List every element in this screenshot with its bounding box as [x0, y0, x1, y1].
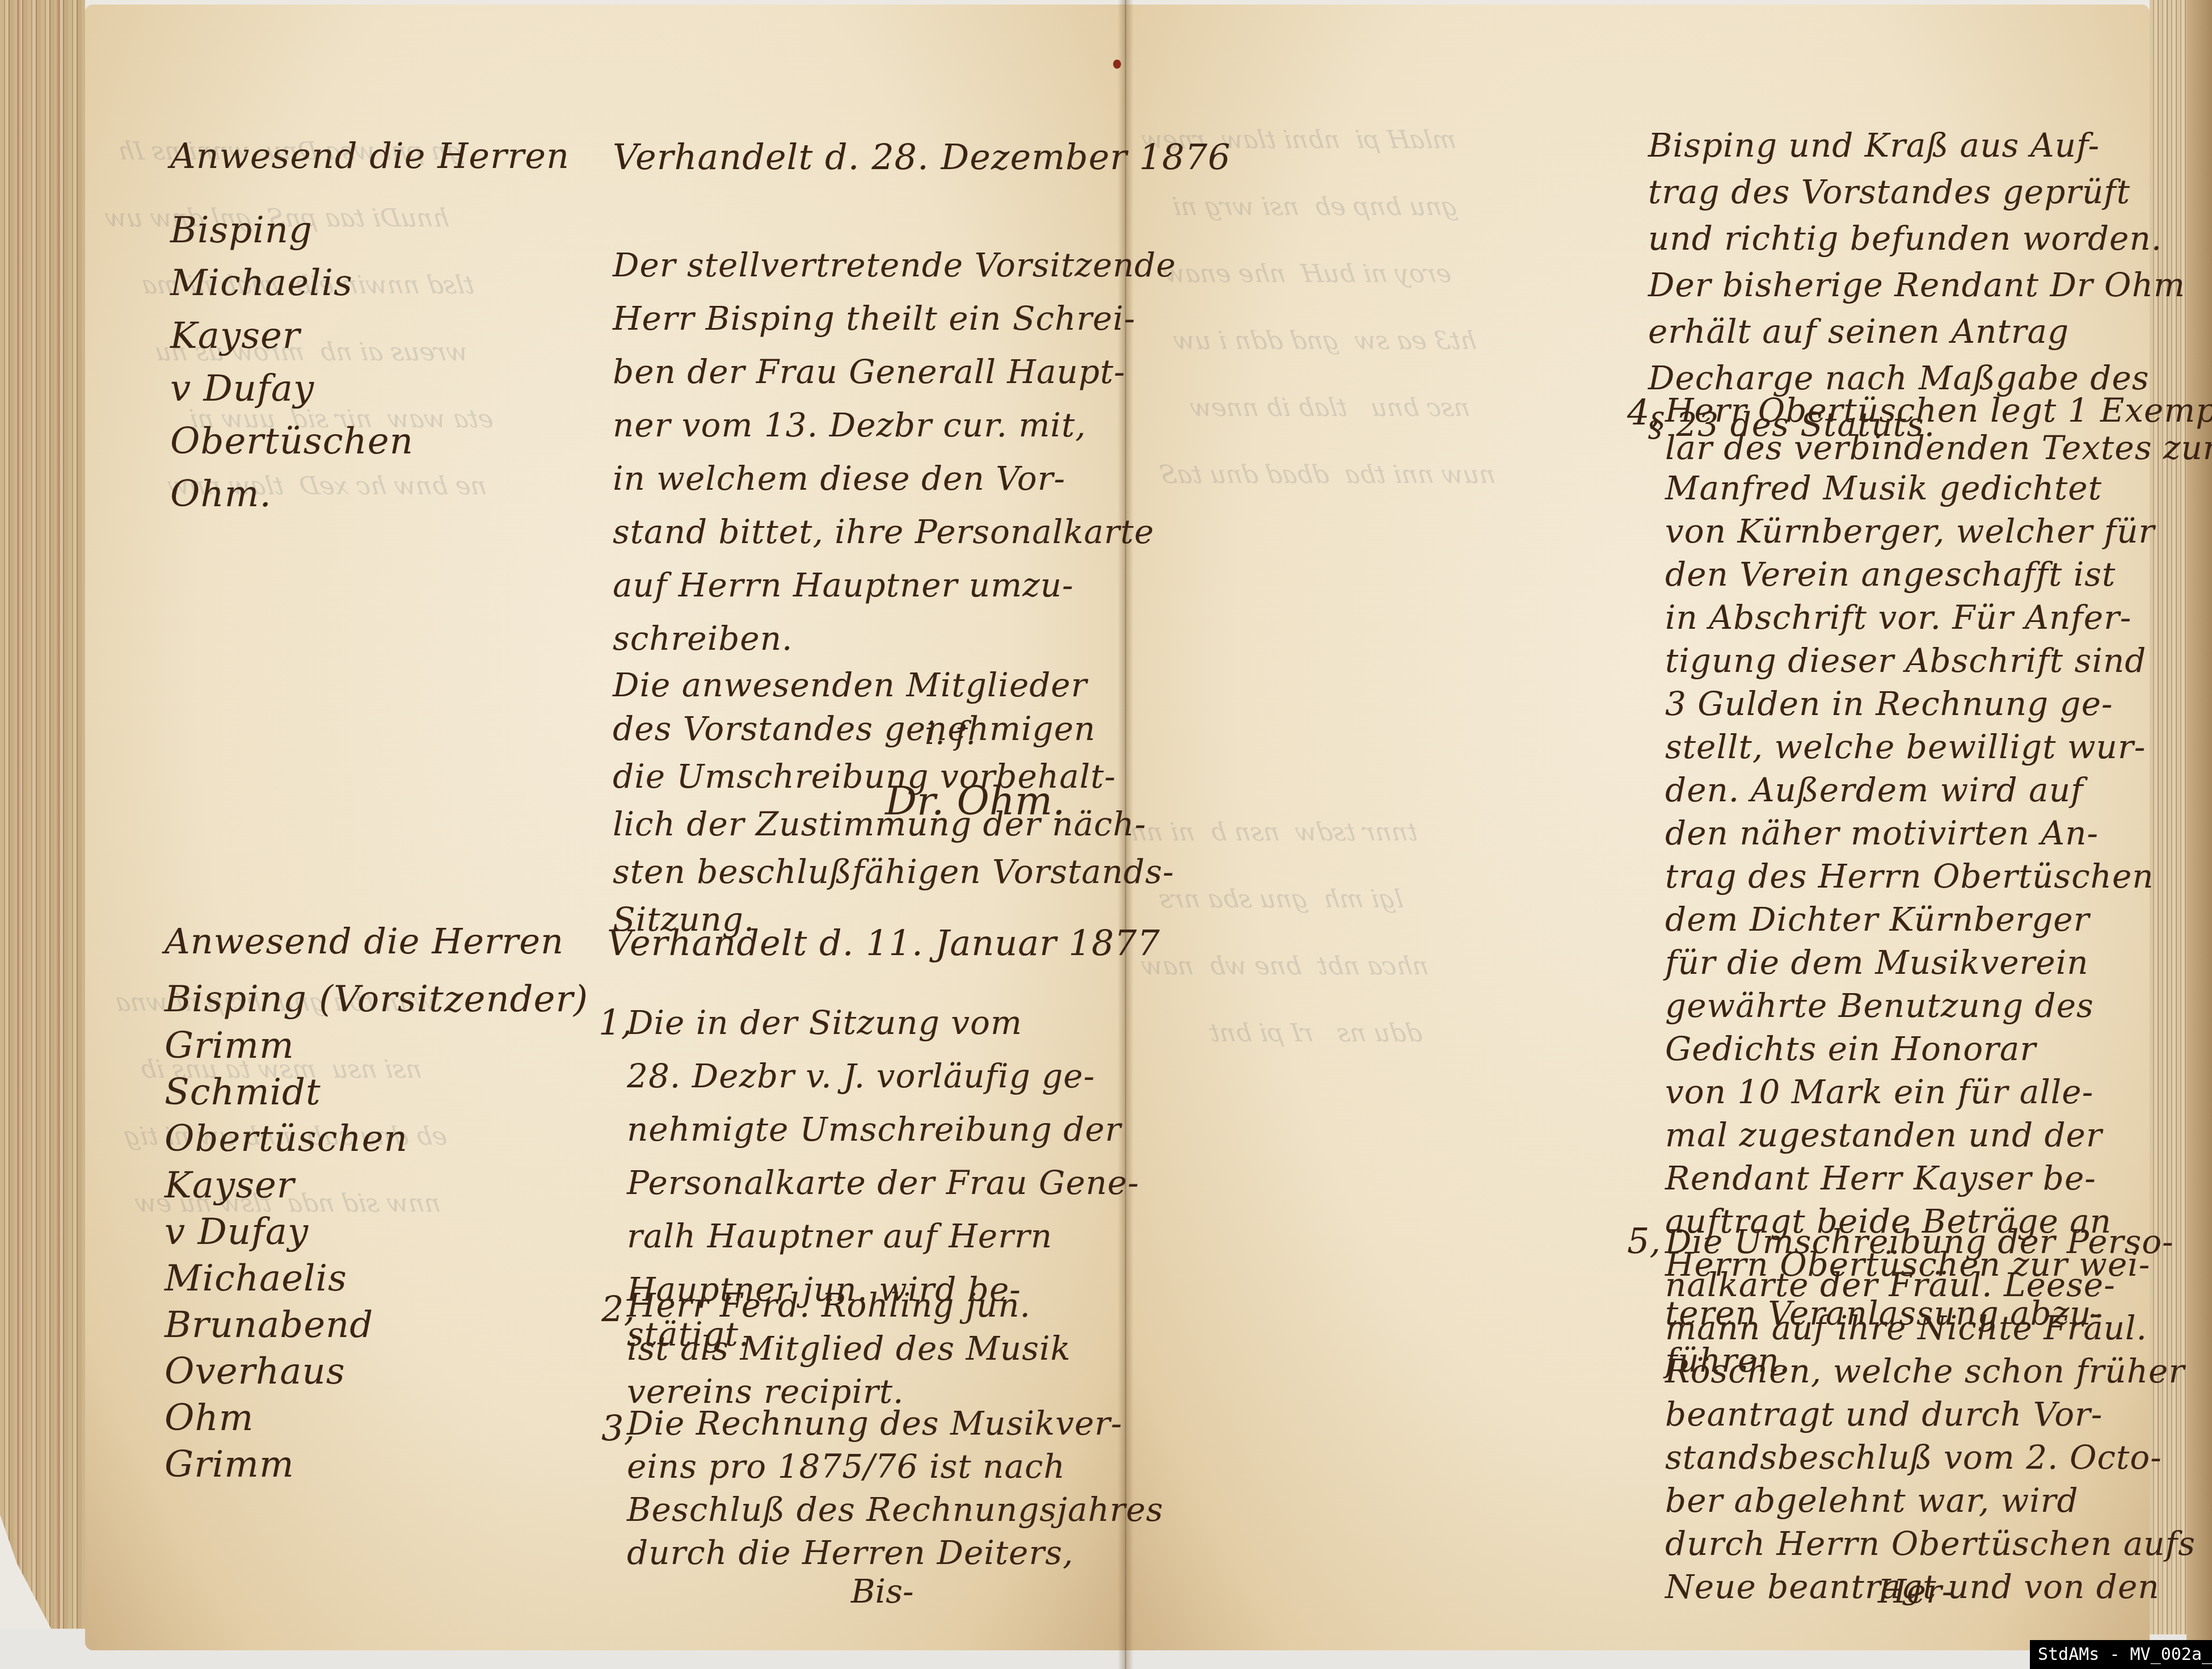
attendee-name: Kayser — [165, 1162, 588, 1209]
text-line: sten beschlußfähigen Vorstands- — [613, 848, 1176, 896]
text-line: von Kürnberger, welcher für — [1665, 510, 2212, 553]
text-line: stand bittet, ihre Personalkarte — [613, 505, 1176, 558]
item-number: 4, — [1627, 392, 1661, 433]
archive-reference-label: StdAMs - MV_002a_302 — [2030, 1640, 2212, 1669]
text-line: Personalkarte der Frau Gene- — [627, 1156, 1139, 1209]
text-line: Der bisherige Rendant Dr Ohm — [1648, 262, 2185, 308]
text-line: des Vorstandes genehmigen — [613, 705, 1176, 752]
text-line: eins pro 1875/76 ist nach — [627, 1445, 1164, 1488]
text-line: ben der Frau Generall Haupt- — [613, 345, 1176, 398]
attendance-block-2: Anwesend die Herren — [165, 915, 564, 968]
text-line: Gedichts ein Honorar — [1665, 1027, 2212, 1070]
text-line: Die Umschreibung der Perso- — [1665, 1220, 2196, 1263]
text-line: in Abschrift vor. Für Anfer- — [1665, 596, 2212, 639]
text-line: standsbeschluß vom 2. Octo- — [1665, 1436, 2196, 1479]
minutes-item-5: Die Umschreibung der Perso- nalkarte der… — [1665, 1220, 2196, 1608]
text-line: mal zugestanden und der — [1665, 1113, 2212, 1157]
attendee-name: Schmidt — [165, 1069, 588, 1116]
text-line: dem Dichter Kürnberger — [1665, 898, 2212, 941]
text-line: für die dem Musikverein — [1665, 941, 2212, 984]
text-line: Beschluß des Rechnungsjahres — [627, 1488, 1164, 1531]
text-line: in welchem diese den Vor- — [613, 452, 1176, 505]
attendance-heading: Anwesend die Herren — [165, 915, 564, 968]
text-line: 3 Gulden in Rechnung ge- — [1665, 682, 2212, 725]
text-line: trag des Vorstandes geprüft — [1648, 169, 2185, 215]
entry-heading: Verhandelt d. 28. Dezember 1876 — [613, 131, 1231, 184]
text-line: ralh Hauptner auf Herrn — [627, 1209, 1139, 1263]
text-line: erhält auf seinen Antrag — [1648, 308, 2185, 355]
text-line: Die anwesenden Mitglieder — [613, 665, 1176, 705]
text-line: lar des verbindenden Textes zur — [1665, 429, 2212, 466]
attendee-name: Bisping — [170, 204, 414, 257]
text-line: nehmigte Umschreibung der — [627, 1103, 1139, 1156]
signature: Dr. Ohm. — [885, 777, 1065, 824]
text-line: von 10 Mark ein für alle- — [1665, 1070, 2212, 1113]
text-line: nalkarte der Fräul. Leese- — [1665, 1263, 2196, 1306]
text-line: ber abgelehnt war, wird — [1665, 1479, 2196, 1522]
text-line: gewährte Benutzung des — [1665, 984, 2212, 1027]
catchword: Bis- — [851, 1572, 914, 1611]
minutes-entry-1: Verhandelt d. 28. Dezember 1876 — [613, 131, 1231, 184]
attendee-name: Bisping (Vorsitzender) — [165, 976, 588, 1023]
book-spread-scan: gn pni wsa Dnu wnni ns Ih hnuDi taa pnS … — [0, 0, 2212, 1669]
text-line: den näher motivirten An- — [1665, 812, 2212, 855]
minutes-item-2: Herr Ferd. Rohling jun. ist als Mitglied… — [627, 1284, 1071, 1413]
attendee-name: Kayser — [170, 310, 414, 363]
signature-prefix: i. f. — [925, 715, 976, 752]
text-line: ist als Mitglied des Musik — [627, 1327, 1071, 1370]
text-line: Herr Bisping theilt ein Schrei- — [613, 292, 1176, 345]
minutes-entry-2: Verhandelt d. 11. Januar 1877 — [607, 917, 1160, 970]
attendee-name: Grimm — [165, 1441, 588, 1488]
entry-heading: Verhandelt d. 11. Januar 1877 — [607, 917, 1160, 970]
attendee-name: Obertüschen — [165, 1116, 588, 1162]
text-line: Der stellvertretende Vorsitzende — [613, 238, 1176, 292]
minutes-body-1: Der stellvertretende Vorsitzende Herr Bi… — [613, 238, 1176, 943]
ink-spot — [1113, 60, 1121, 69]
text-line: beantragt und durch Vor- — [1665, 1393, 2196, 1436]
attendee-list-2: Bisping (Vorsitzender) Grimm Schmidt Obe… — [165, 976, 588, 1488]
text-line: und richtig befunden worden. — [1648, 215, 2185, 262]
item-number: 5, — [1627, 1220, 1661, 1262]
attendance-block-1: Anwesend die Herren — [170, 129, 570, 183]
text-line: Manfred Musik gedichtet — [1665, 466, 2212, 510]
text-line: trag des Herrn Obertüschen — [1665, 855, 2212, 898]
attendee-name: Michaelis — [170, 257, 414, 310]
text-line: Die in der Sitzung vom — [627, 996, 1139, 1049]
text-line: durch Herrn Obertüschen aufs — [1665, 1522, 2196, 1565]
attendee-name: Overhaus — [165, 1348, 588, 1395]
text-line: stellt, welche bewilligt wur- — [1665, 725, 2212, 768]
text-line: Bisping und Kraß aus Auf- — [1648, 122, 2185, 169]
text-line: tigung dieser Abschrift sind — [1665, 639, 2212, 682]
attendee-list-1: Bisping Michaelis Kayser v Dufay Obertüs… — [170, 204, 414, 521]
attendee-name: Brunabend — [165, 1302, 588, 1348]
attendee-name: Ohm. — [170, 468, 414, 521]
attendance-heading: Anwesend die Herren — [170, 129, 570, 183]
text-line: Herr Ferd. Rohling jun. — [627, 1284, 1071, 1327]
minutes-item-3: Die Rechnung des Musikver- eins pro 1875… — [627, 1402, 1164, 1574]
text-line: mann auf ihre Nichte Fräul. — [1665, 1306, 2196, 1350]
text-line: den. Außerdem wird auf — [1665, 768, 2212, 812]
text-line: auf Herrn Hauptner umzu- — [613, 558, 1176, 612]
text-line: Herr Obertüschen legt 1 Exemp- — [1665, 392, 2212, 429]
catchword: Her- — [1878, 1572, 1953, 1611]
attendee-name: Michaelis — [165, 1255, 588, 1302]
attendee-name: Grimm — [165, 1023, 588, 1069]
text-line: ner vom 13. Dezbr cur. mit, — [613, 398, 1176, 452]
attendee-name: v Dufay — [170, 363, 414, 415]
attendee-name: Obertüschen — [170, 415, 414, 468]
attendee-name: Ohm — [165, 1395, 588, 1441]
text-line: Röschen, welche schon früher — [1665, 1350, 2196, 1393]
text-line: 28. Dezbr v. J. vorläufig ge- — [627, 1049, 1139, 1103]
text-line: Rendant Herr Kayser be- — [1665, 1157, 2212, 1200]
attendee-name: v Dufay — [165, 1209, 588, 1255]
text-line: schreiben. — [613, 612, 1176, 665]
text-line: durch die Herren Deiters, — [627, 1531, 1164, 1574]
text-line: Die Rechnung des Musikver- — [627, 1402, 1164, 1445]
left-page-edge-stack — [0, 0, 85, 1629]
text-line: den Verein angeschafft ist — [1665, 553, 2212, 596]
